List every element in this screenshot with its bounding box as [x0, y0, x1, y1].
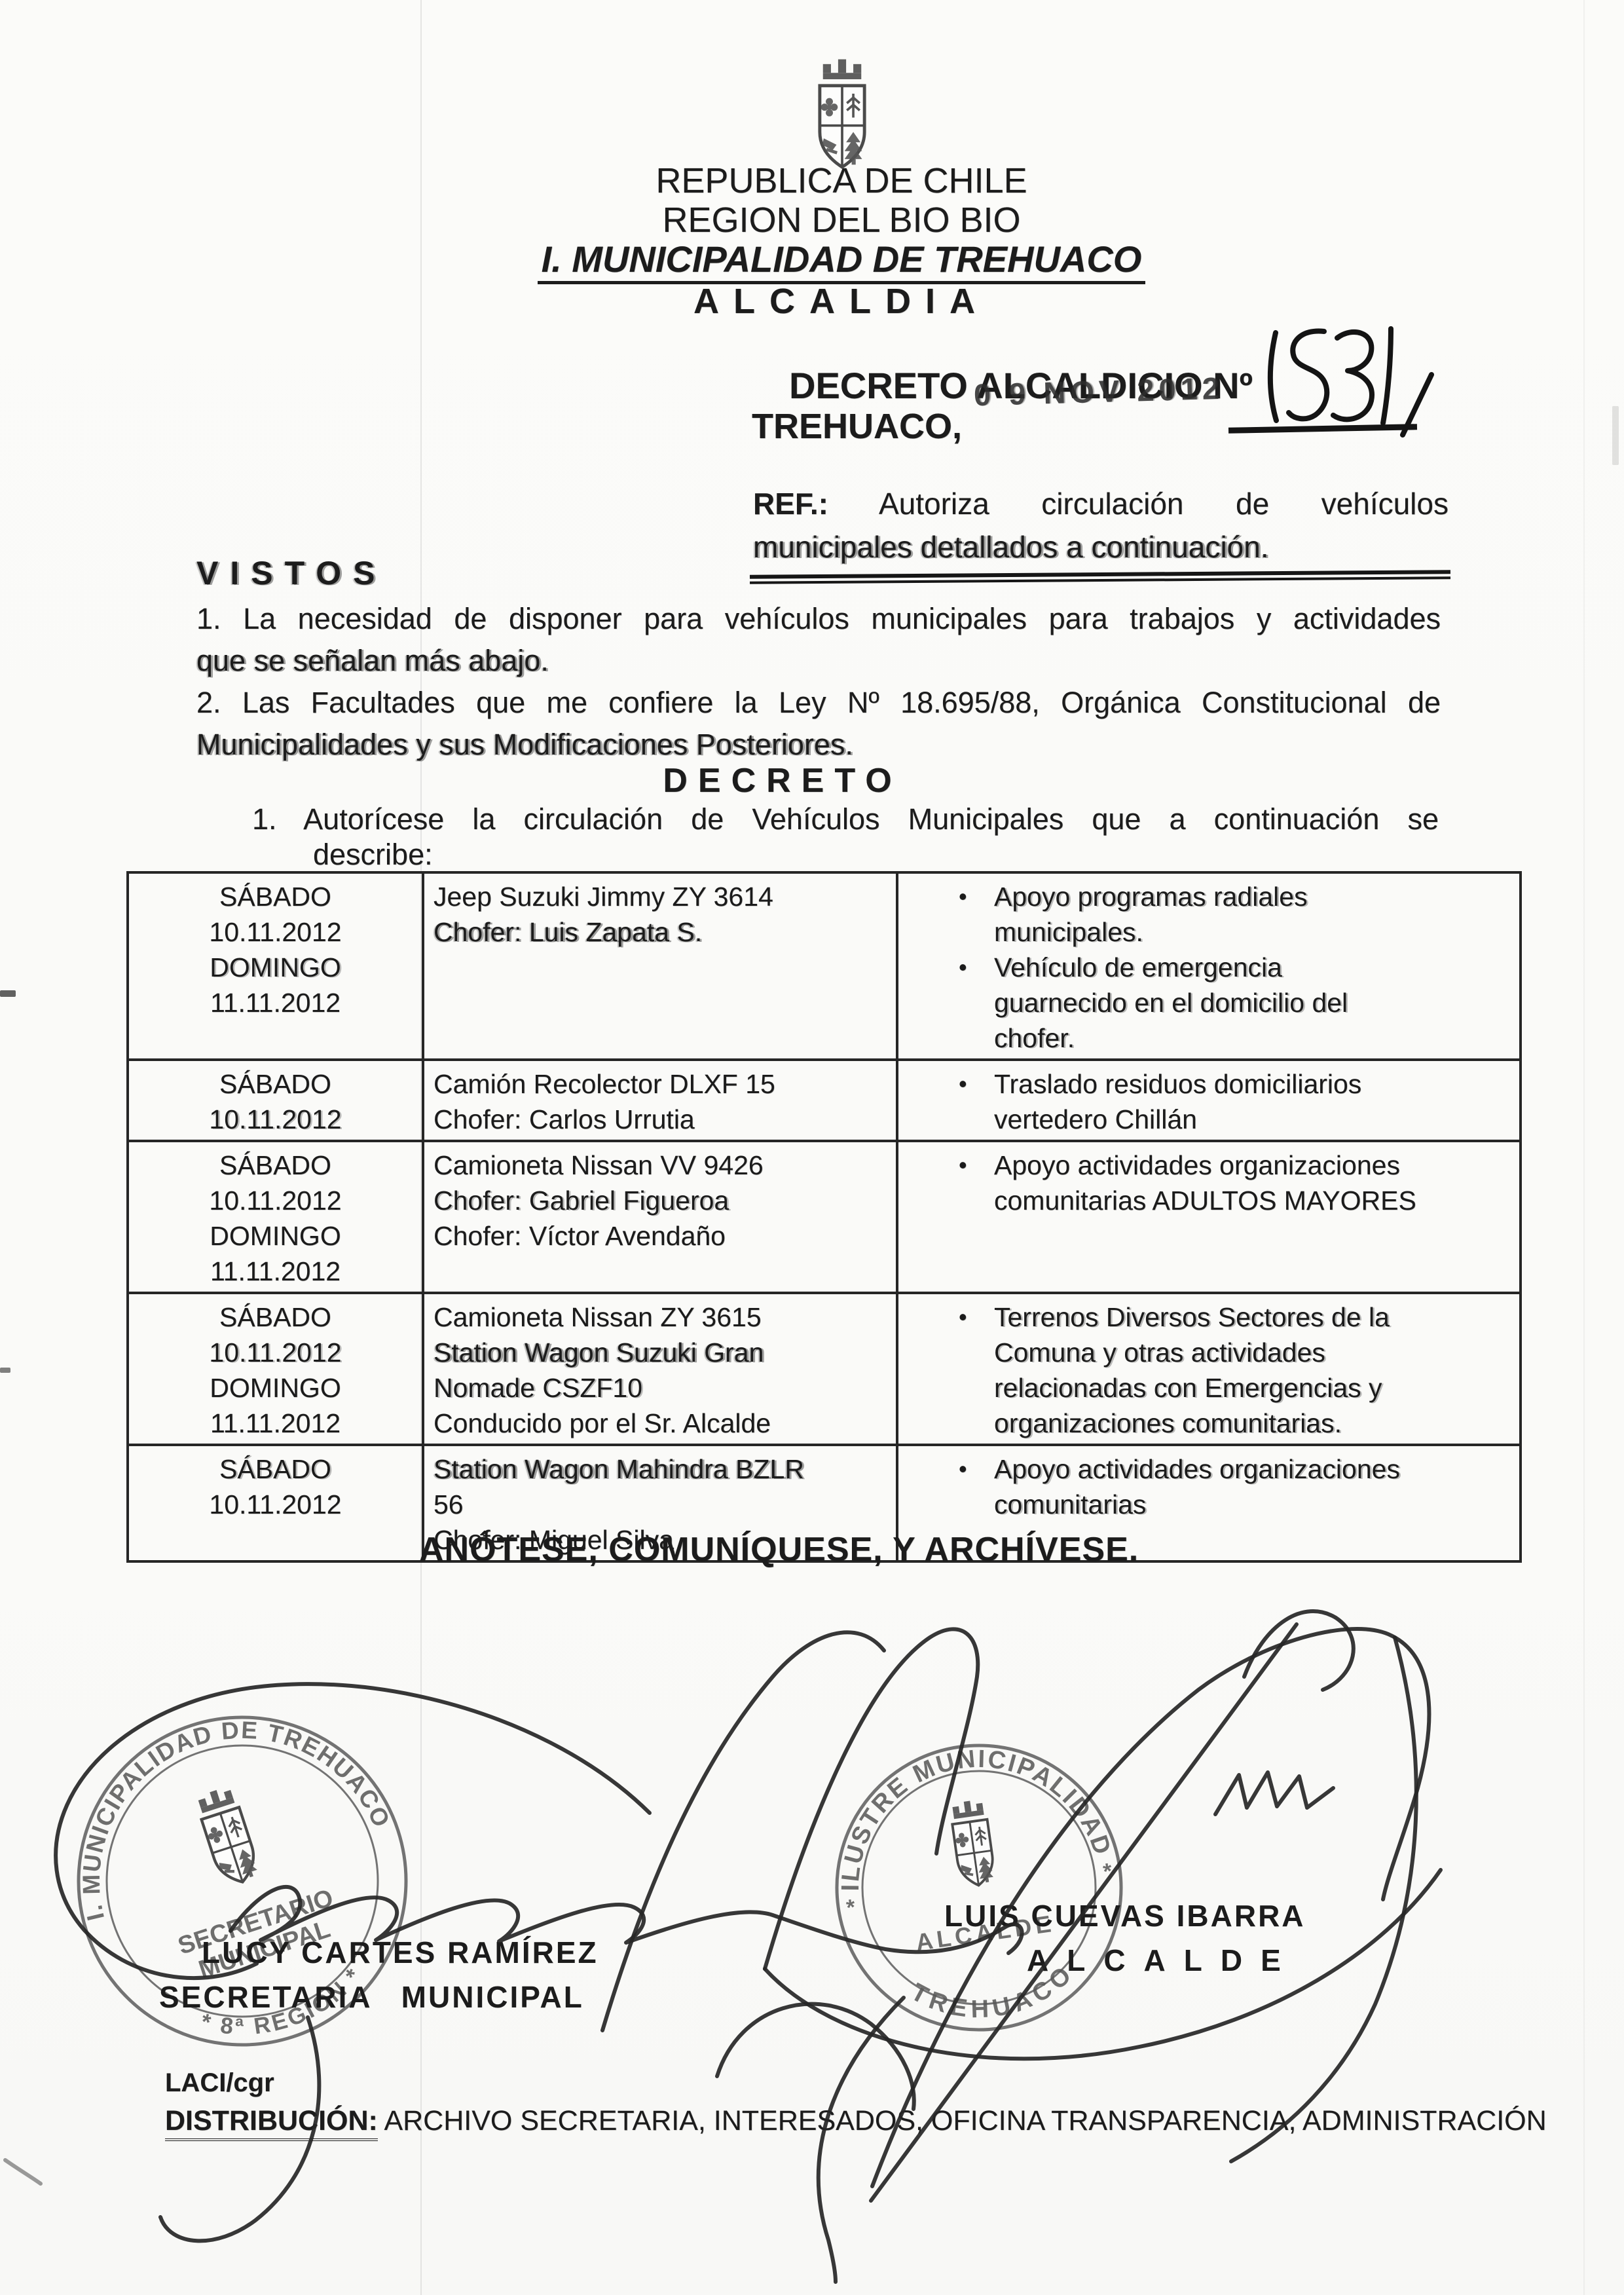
distribution-line: DISTRIBUCIÓN: ARCHIVO SECRETARIA, INTERE… [165, 2105, 1547, 2137]
cell-vehicle: Camión Recolector DLXF 15Chofer: Carlos … [423, 1060, 897, 1141]
stamp-coat-of-arms [950, 1799, 996, 1888]
mayor-name: LUIS CUEVAS IBARRA [944, 1898, 1306, 1933]
bullet-icon: • [959, 1299, 994, 1335]
mayor-title: ALCALDE [1027, 1943, 1299, 1978]
scan-speck [0, 1368, 10, 1373]
header-office: ALCALDIA [383, 282, 1300, 320]
cell-purpose: •Apoyo programas radiales municipales. •… [897, 872, 1521, 1060]
bullet-icon: • [959, 1147, 994, 1183]
vistos-item1-line1: 1. La necesidad de disponer para vehícul… [196, 600, 1441, 638]
stamp-coat-of-arms [194, 1785, 262, 1888]
decreto-item1-line2: describe: [313, 836, 433, 874]
bullet-icon: • [959, 1451, 994, 1487]
vistos-heading: VISTOS [196, 554, 386, 592]
stamp-star-icon: * [1101, 1859, 1114, 1885]
date-received-stamp: 0 9 NOV 2012 [973, 370, 1224, 413]
decreto-heading: DECRETO [193, 761, 1372, 800]
cell-purpose: •Traslado residuos domiciliarios vertede… [897, 1060, 1521, 1141]
pen-smudge [5, 2160, 41, 2184]
cell-vehicle: Camioneta Nissan ZY 3615Station Wagon Su… [423, 1293, 897, 1445]
ref-line1: REF.: Autoriza circulación de vehículos [753, 486, 1449, 521]
distribution-label: DISTRIBUCIÓN: [165, 2105, 378, 2141]
cell-dates: SÁBADO10.11.2012 DOMINGO11.11.2012 [128, 872, 423, 1060]
secretary-stamp: I. MUNICIPALIDAD DE TREHUACO * 8ª REGION… [35, 1673, 449, 2087]
svg-text:ILUSTRE MUNICIPALIDAD: ILUSTRE MUNICIPALIDAD [819, 1727, 1117, 1895]
table-row: SÁBADO10.11.2012 Camión Recolector DLXF … [128, 1060, 1521, 1141]
secretary-name: LUCY CARTES RAMÍREZ [202, 1935, 599, 1970]
city-line: TREHUACO, [752, 406, 962, 447]
distribution-text: ARCHIVO SECRETARIA, INTERESADOS, OFICINA… [384, 2105, 1546, 2136]
table-row: SÁBADO10.11.2012 DOMINGO11.11.2012 Camio… [128, 1141, 1521, 1293]
cell-dates: SÁBADO10.11.2012 [128, 1445, 423, 1561]
scan-speck [0, 990, 16, 997]
table-row: SÁBADO10.11.2012 DOMINGO11.11.2012 Jeep … [128, 872, 1521, 1060]
vehicles-table: SÁBADO10.11.2012 DOMINGO11.11.2012 Jeep … [126, 871, 1522, 1563]
cell-purpose: •Terrenos Diversos Sectores de la Comuna… [897, 1293, 1521, 1445]
header-municipality: I. MUNICIPALIDAD DE TREHUACO [383, 240, 1300, 278]
ref-underline [750, 570, 1450, 584]
vistos-item2-line1: 2. Las Facultades que me confiere la Ley… [196, 684, 1441, 722]
cell-dates: SÁBADO10.11.2012 DOMINGO11.11.2012 [128, 1141, 423, 1293]
cell-vehicle: Jeep Suzuki Jimmy ZY 3614 Chofer: Luis Z… [423, 872, 897, 1060]
bullet-icon: • [959, 1066, 994, 1102]
ref-text: Autoriza circulación de vehículos [879, 487, 1449, 521]
municipal-coat-of-arms [802, 54, 882, 181]
bullet-icon: • [959, 879, 994, 914]
stamp-arc-text: I. MUNICIPALIDAD DE TREHUACO [35, 1673, 397, 1925]
decree-number-line [1228, 424, 1417, 434]
header-region: REGION DEL BIO BIO [383, 201, 1300, 239]
closing-formula: ANÓTESE, COMUNÍQUESE, Y ARCHÍVESE. [419, 1530, 1139, 1569]
cell-dates: SÁBADO10.11.2012 [128, 1060, 423, 1141]
fold-crease-right [1583, 0, 1585, 2295]
mayor-signature [602, 1611, 1441, 2282]
stamp-arc-text: ILUSTRE MUNICIPALIDAD [819, 1727, 1117, 1895]
stamp-star-icon: * [845, 1895, 857, 1921]
handwritten-decree-number [1270, 329, 1431, 435]
cell-purpose: •Apoyo actividades organizaciones comuni… [897, 1141, 1521, 1293]
svg-text:I. MUNICIPALIDAD DE TREHUACO: I. MUNICIPALIDAD DE TREHUACO [35, 1673, 397, 1925]
typist-initials: LACI/cgr [165, 2068, 274, 2098]
ref-label: REF.: [753, 487, 828, 521]
mayor-stamp: ILUSTRE MUNICIPALIDAD TREHUACO ALCALDE *… [819, 1726, 1139, 2048]
ref-line2: municipales detallados a continuación. [753, 529, 1269, 565]
bullet-icon: • [959, 950, 994, 985]
vistos-item1-line2: que se señalan más abajo. [196, 642, 1441, 680]
table-row: SÁBADO10.11.2012 DOMINGO11.11.2012 Camio… [128, 1293, 1521, 1445]
secretary-title: SECRETARIA MUNICIPAL [159, 1979, 584, 2015]
decreto-item1-line1: 1. Autorícese la circulación de Vehículo… [252, 800, 1439, 838]
vistos-item2-line2: Municipalidades y sus Modificaciones Pos… [196, 726, 1441, 764]
cell-vehicle: Camioneta Nissan VV 9426Chofer: Gabriel … [423, 1141, 897, 1293]
cell-dates: SÁBADO10.11.2012 DOMINGO11.11.2012 [128, 1293, 423, 1445]
scan-speck [1612, 406, 1619, 465]
document-page: REPUBLICA DE CHILE REGION DEL BIO BIO I.… [0, 0, 1624, 2295]
